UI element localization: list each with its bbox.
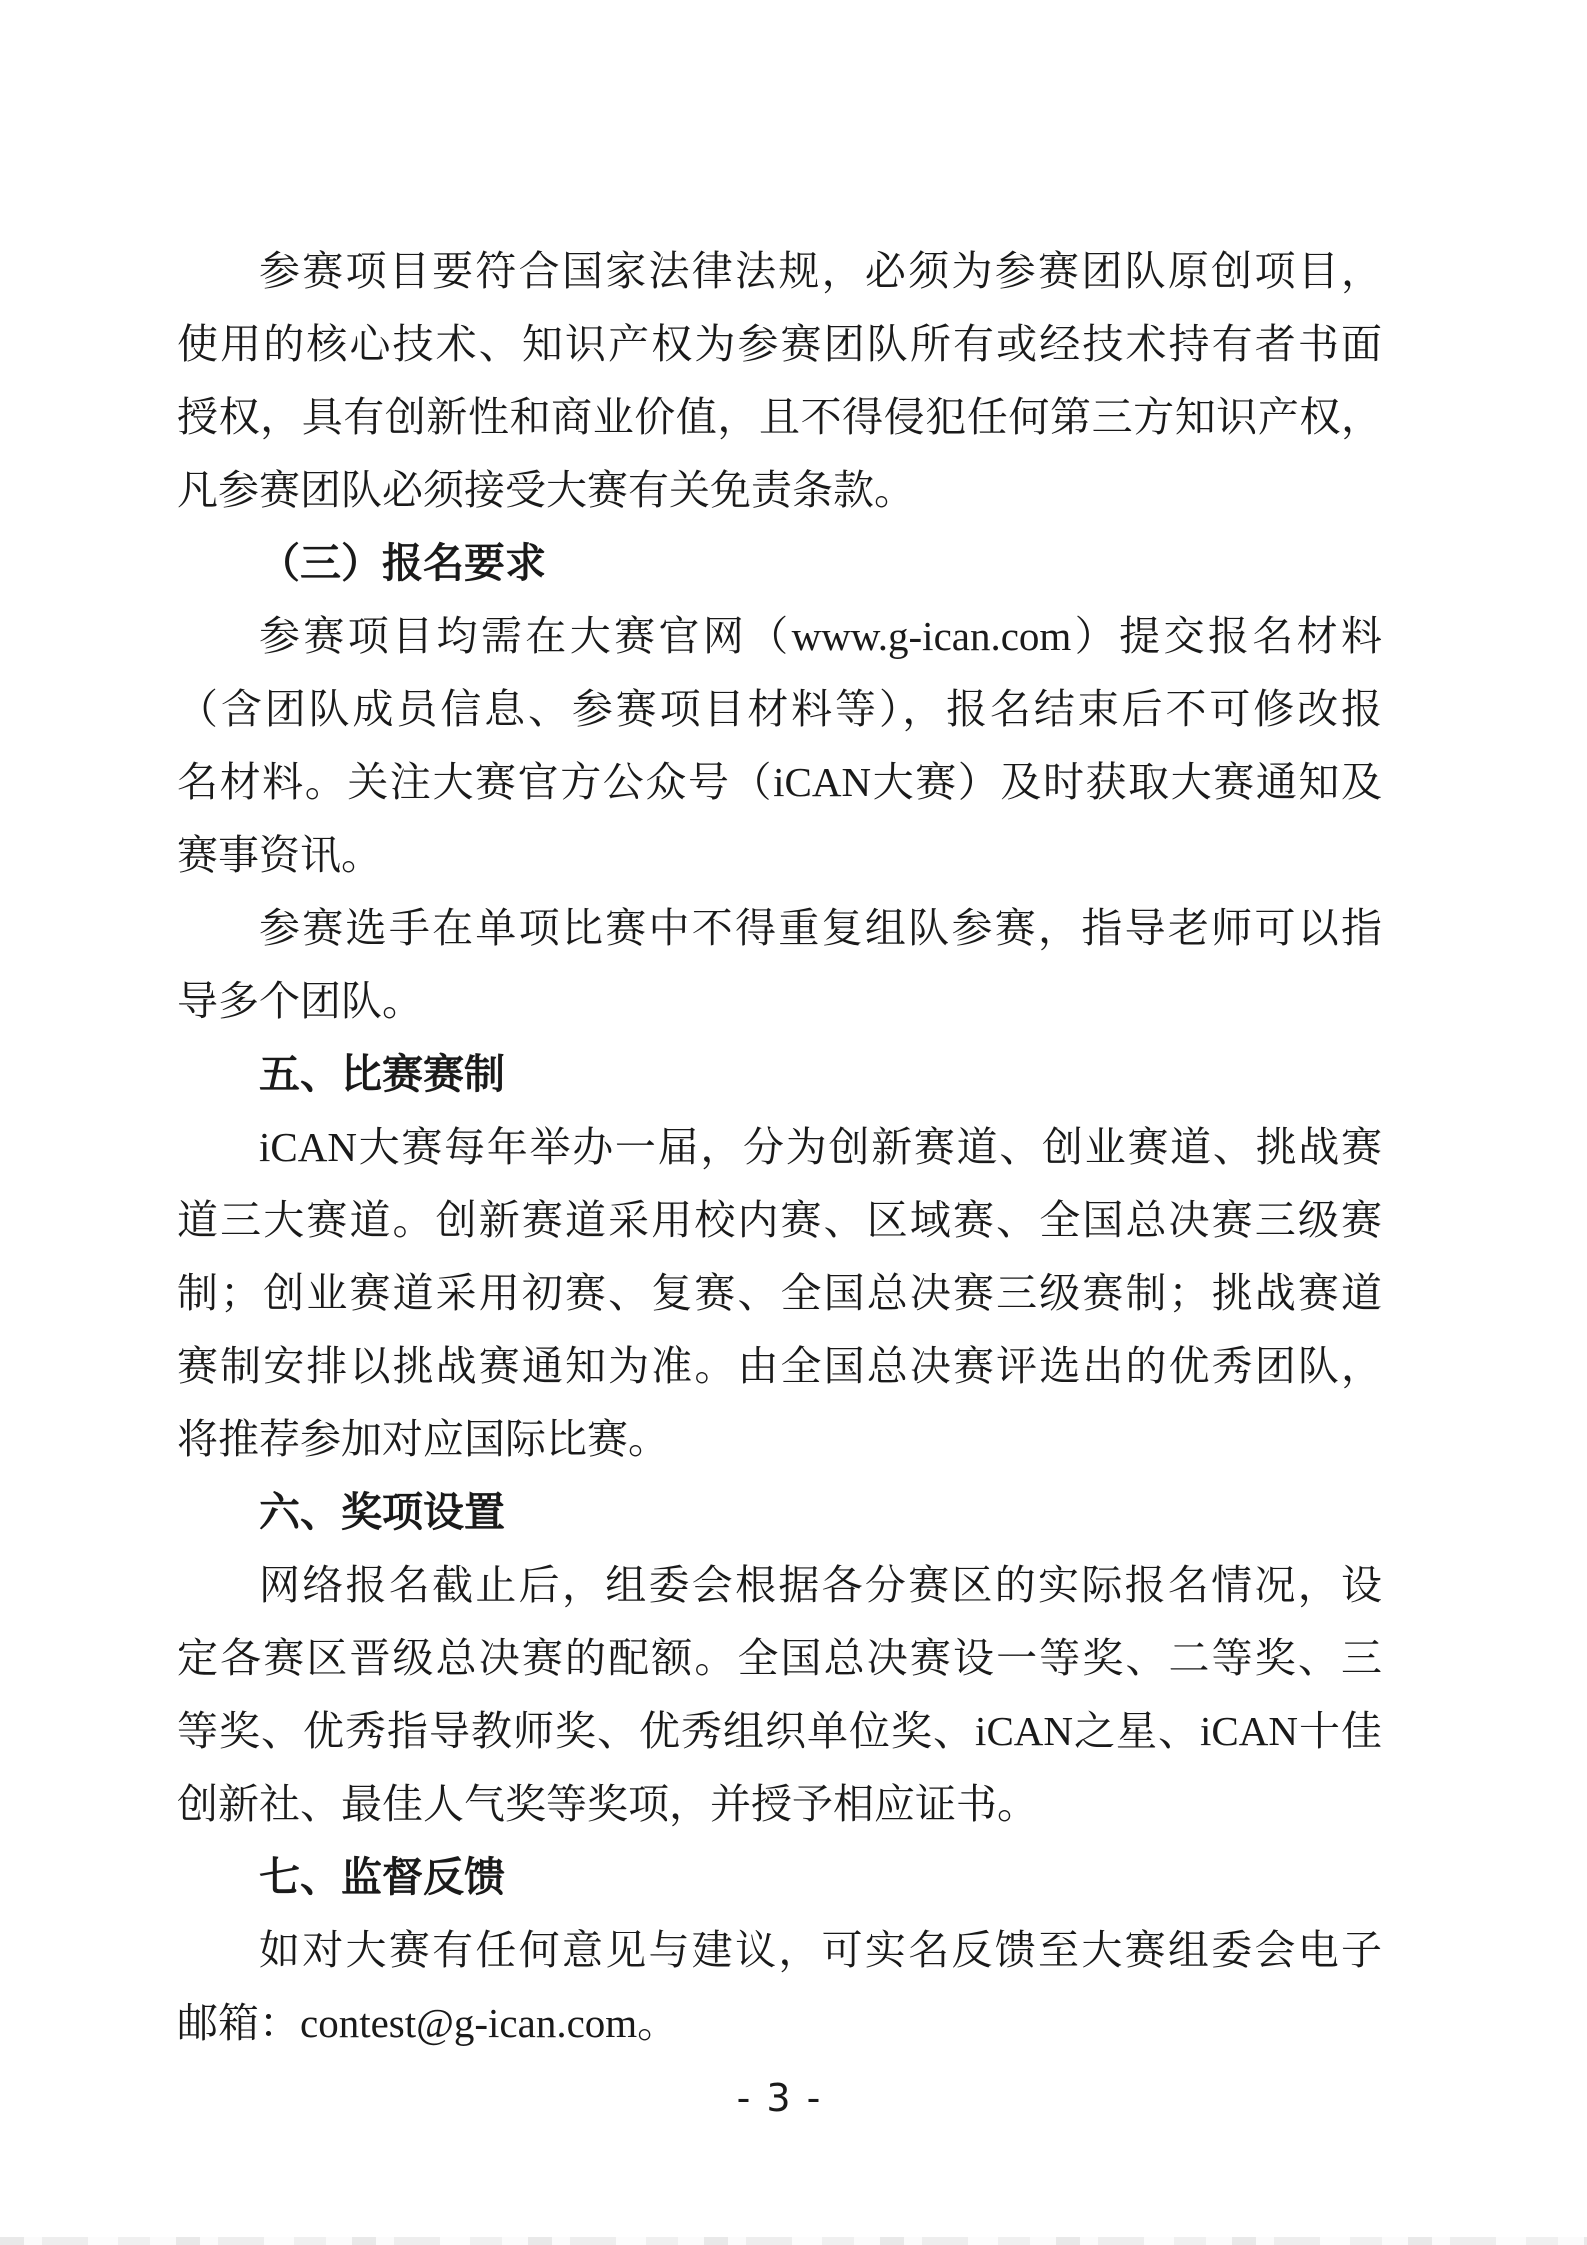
- text-line: 创新社、最佳人气奖等奖项，并授予相应证书。: [177, 1768, 1382, 1841]
- text-line: 导多个团队。: [177, 965, 1382, 1038]
- text-line: 参赛项目均需在大赛官网（www.g-ican.com）提交报名材料: [177, 600, 1382, 673]
- section-heading: 七、监督反馈: [177, 1841, 1382, 1914]
- text-line: （含团队成员信息、参赛项目材料等），报名结束后不可修改报: [177, 673, 1382, 746]
- text-line: 名材料。关注大赛官方公众号（iCAN大赛）及时获取大赛通知及: [177, 746, 1382, 819]
- text-line: 凡参赛团队必须接受大赛有关免责条款。: [177, 454, 1382, 527]
- text-line: 赛事资讯。: [177, 819, 1382, 892]
- text-line: 如对大赛有任何意见与建议，可实名反馈至大赛组委会电子: [177, 1914, 1382, 1987]
- page-number: - 3 -: [177, 2062, 1382, 2135]
- document-page: 参赛项目要符合国家法律法规，必须为参赛团队原创项目，使用的核心技术、知识产权为参…: [0, 0, 1587, 2245]
- text-lines: 参赛项目要符合国家法律法规，必须为参赛团队原创项目，使用的核心技术、知识产权为参…: [177, 235, 1382, 2135]
- text-line: iCAN大赛每年举办一届，分为创新赛道、创业赛道、挑战赛: [177, 1111, 1382, 1184]
- text-line: 将推荐参加对应国际比赛。: [177, 1403, 1382, 1476]
- text-line: 网络报名截止后，组委会根据各分赛区的实际报名情况，设: [177, 1549, 1382, 1622]
- section-heading: （三）报名要求: [177, 527, 1382, 600]
- section-heading: 五、比赛赛制: [177, 1038, 1382, 1111]
- text-line: 参赛选手在单项比赛中不得重复组队参赛，指导老师可以指: [177, 892, 1382, 965]
- scan-artifact-strip: [0, 2237, 1587, 2245]
- text-line: 使用的核心技术、知识产权为参赛团队所有或经技术持有者书面: [177, 308, 1382, 381]
- text-line: 邮箱：contest@g-ican.com。: [177, 1987, 1382, 2060]
- text-line: 赛制安排以挑战赛通知为准。由全国总决赛评选出的优秀团队，: [177, 1330, 1382, 1403]
- section-heading: 六、奖项设置: [177, 1476, 1382, 1549]
- text-line: 等奖、优秀指导教师奖、优秀组织单位奖、iCAN之星、iCAN十佳: [177, 1695, 1382, 1768]
- text-line: 定各赛区晋级总决赛的配额。全国总决赛设一等奖、二等奖、三: [177, 1622, 1382, 1695]
- text-line: 授权，具有创新性和商业价值，且不得侵犯任何第三方知识产权，: [177, 381, 1382, 454]
- text-line: 道三大赛道。创新赛道采用校内赛、区域赛、全国总决赛三级赛: [177, 1184, 1382, 1257]
- text-line: 制；创业赛道采用初赛、复赛、全国总决赛三级赛制；挑战赛道: [177, 1257, 1382, 1330]
- text-line: 参赛项目要符合国家法律法规，必须为参赛团队原创项目，: [177, 235, 1382, 308]
